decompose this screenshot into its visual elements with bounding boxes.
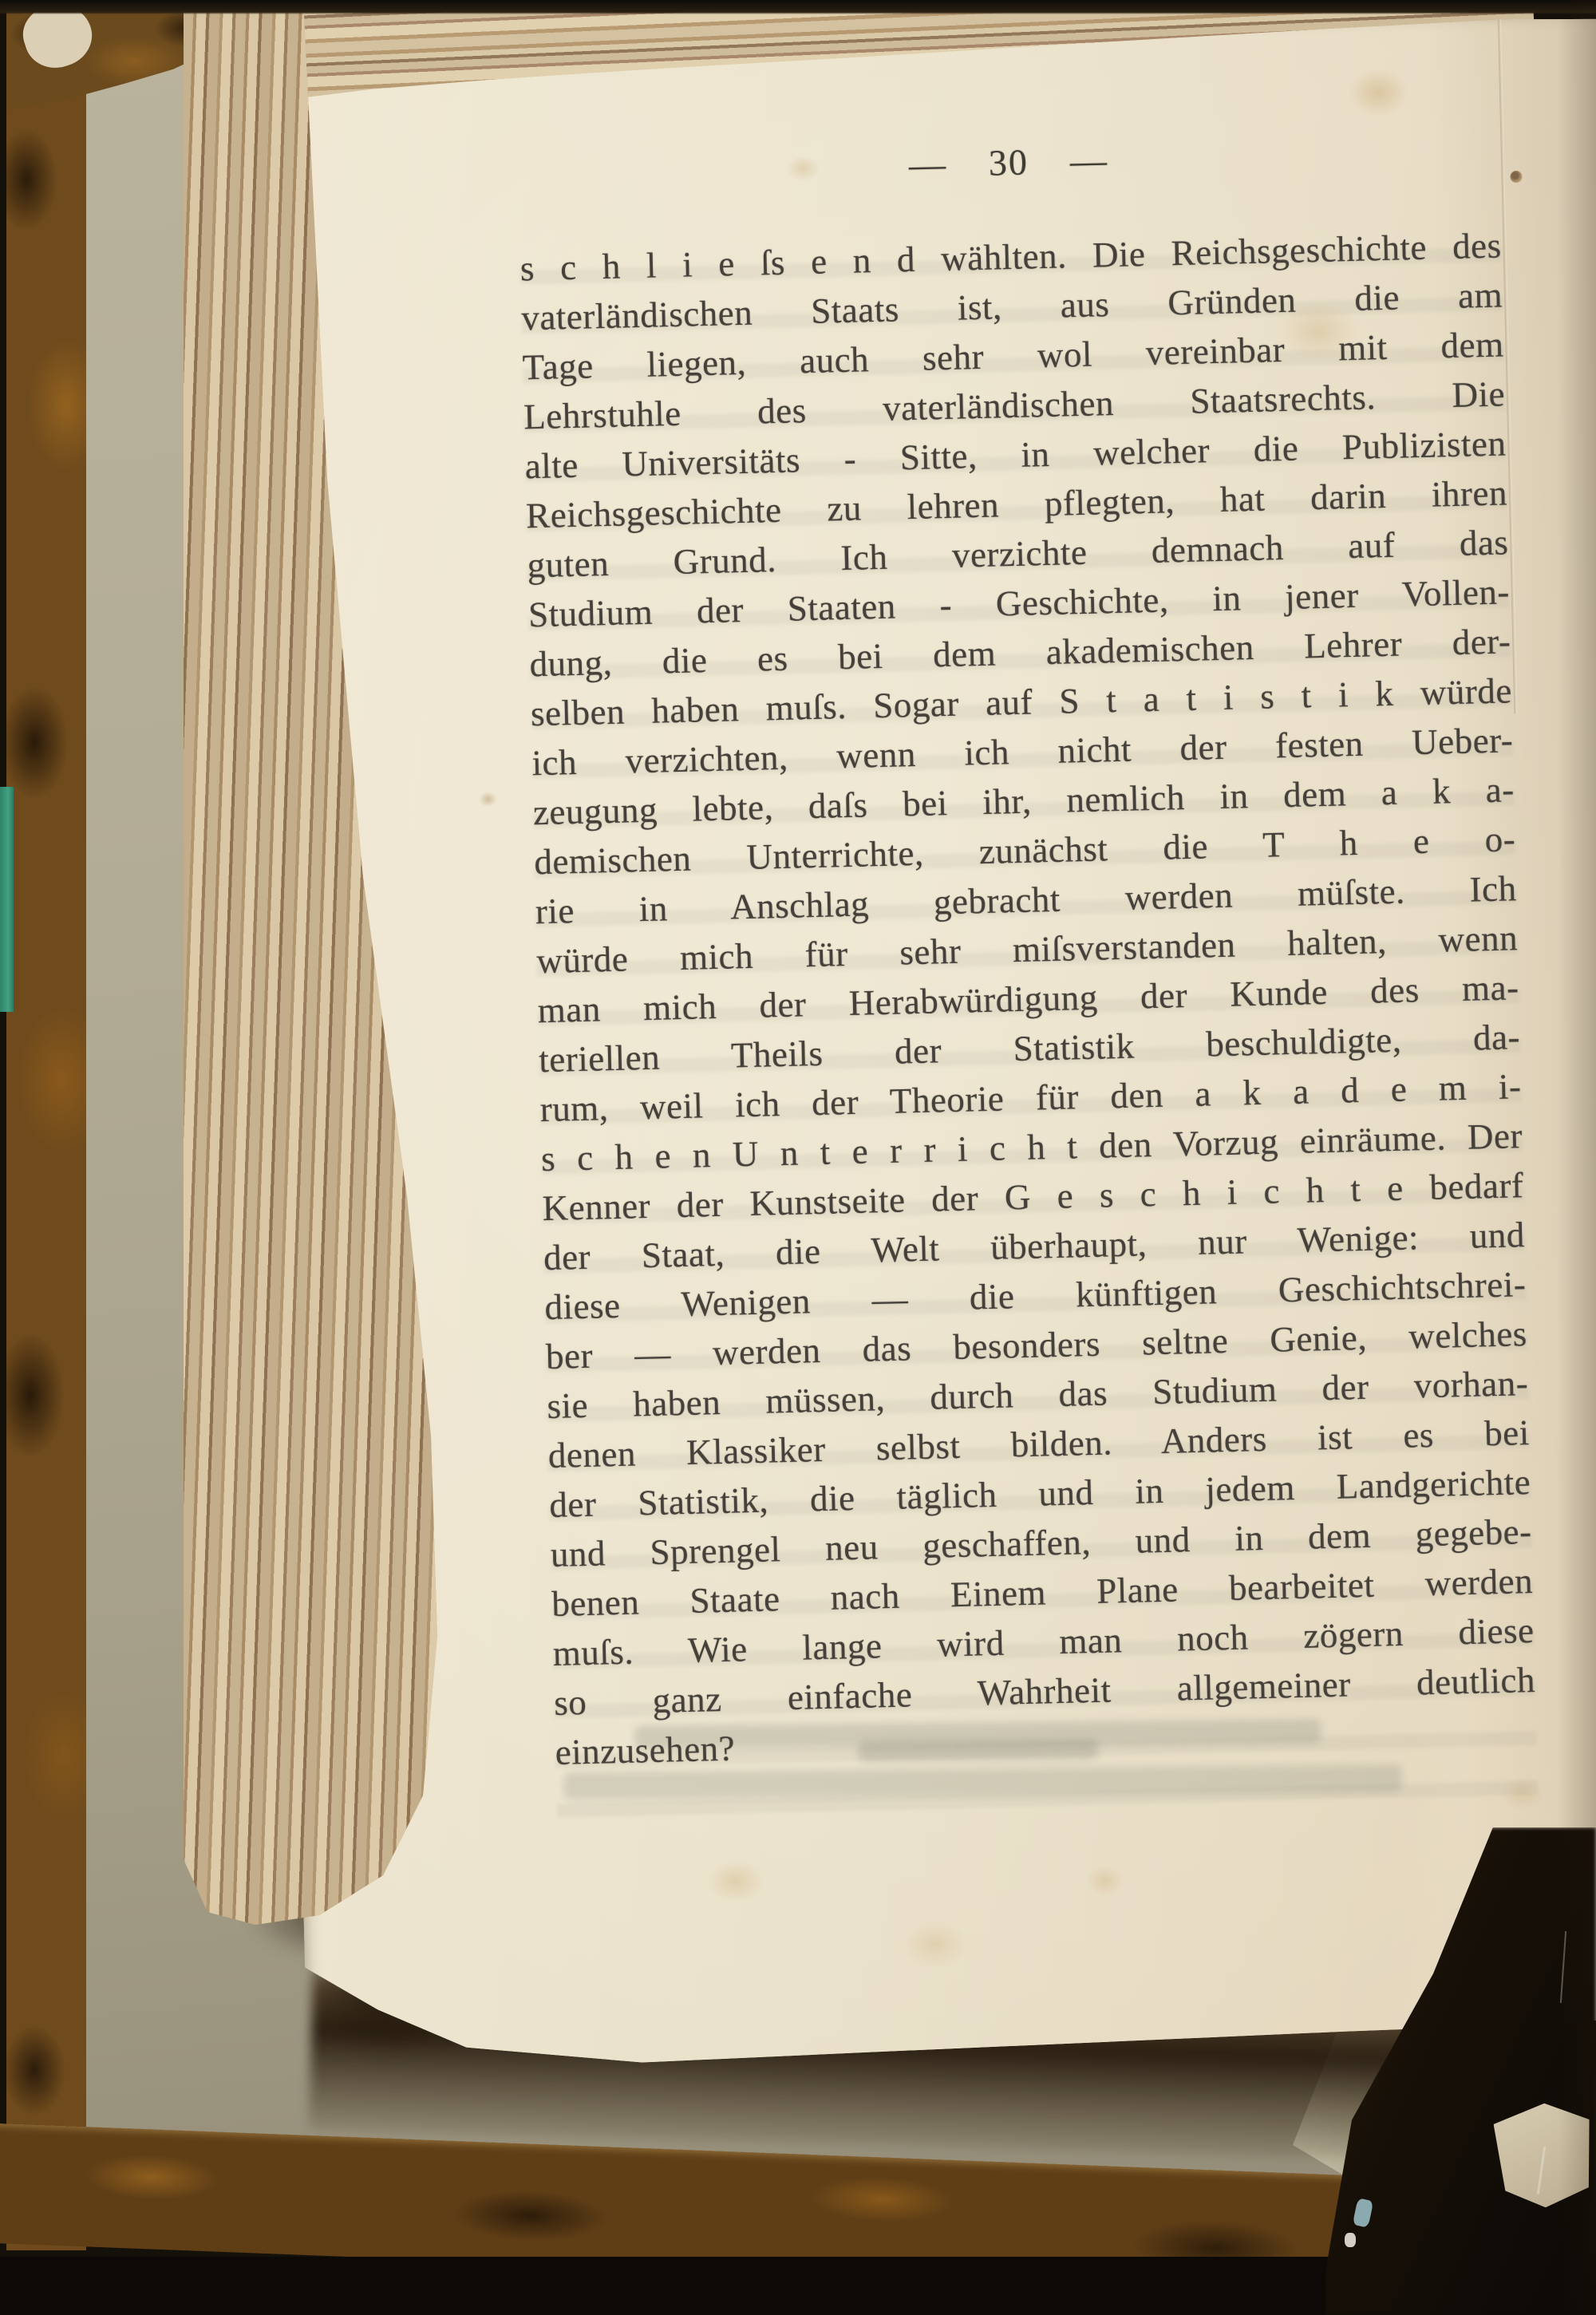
- foxing-stain: [891, 1912, 980, 1978]
- teal-cloth-sliver: [0, 787, 14, 1012]
- page-number: 30: [988, 140, 1029, 184]
- page-header: —30—: [517, 130, 1499, 201]
- header-left-dash: —: [908, 143, 947, 186]
- foxing-stain: [697, 1853, 775, 1910]
- background-top-edge: [0, 0, 1596, 14]
- body-text: s c h l i e ſs e n d wählten. Die Reichs…: [519, 220, 1537, 1776]
- book-page: —30— s c h l i e ſs e n d wählten. Die R…: [259, 8, 1596, 2084]
- foxing-stain: [1337, 60, 1419, 125]
- foxing-stain: [476, 789, 500, 809]
- white-paper-speck: [1345, 2233, 1356, 2247]
- header-right-dash: —: [1069, 139, 1108, 182]
- marbled-leather-cover-left: [6, 0, 86, 2250]
- foxing-stain: [1080, 1860, 1129, 1901]
- right-edge-vignette: [1558, 0, 1596, 2315]
- book-scan-photo: —30— s c h l i e ſs e n d wählten. Die R…: [0, 0, 1596, 2315]
